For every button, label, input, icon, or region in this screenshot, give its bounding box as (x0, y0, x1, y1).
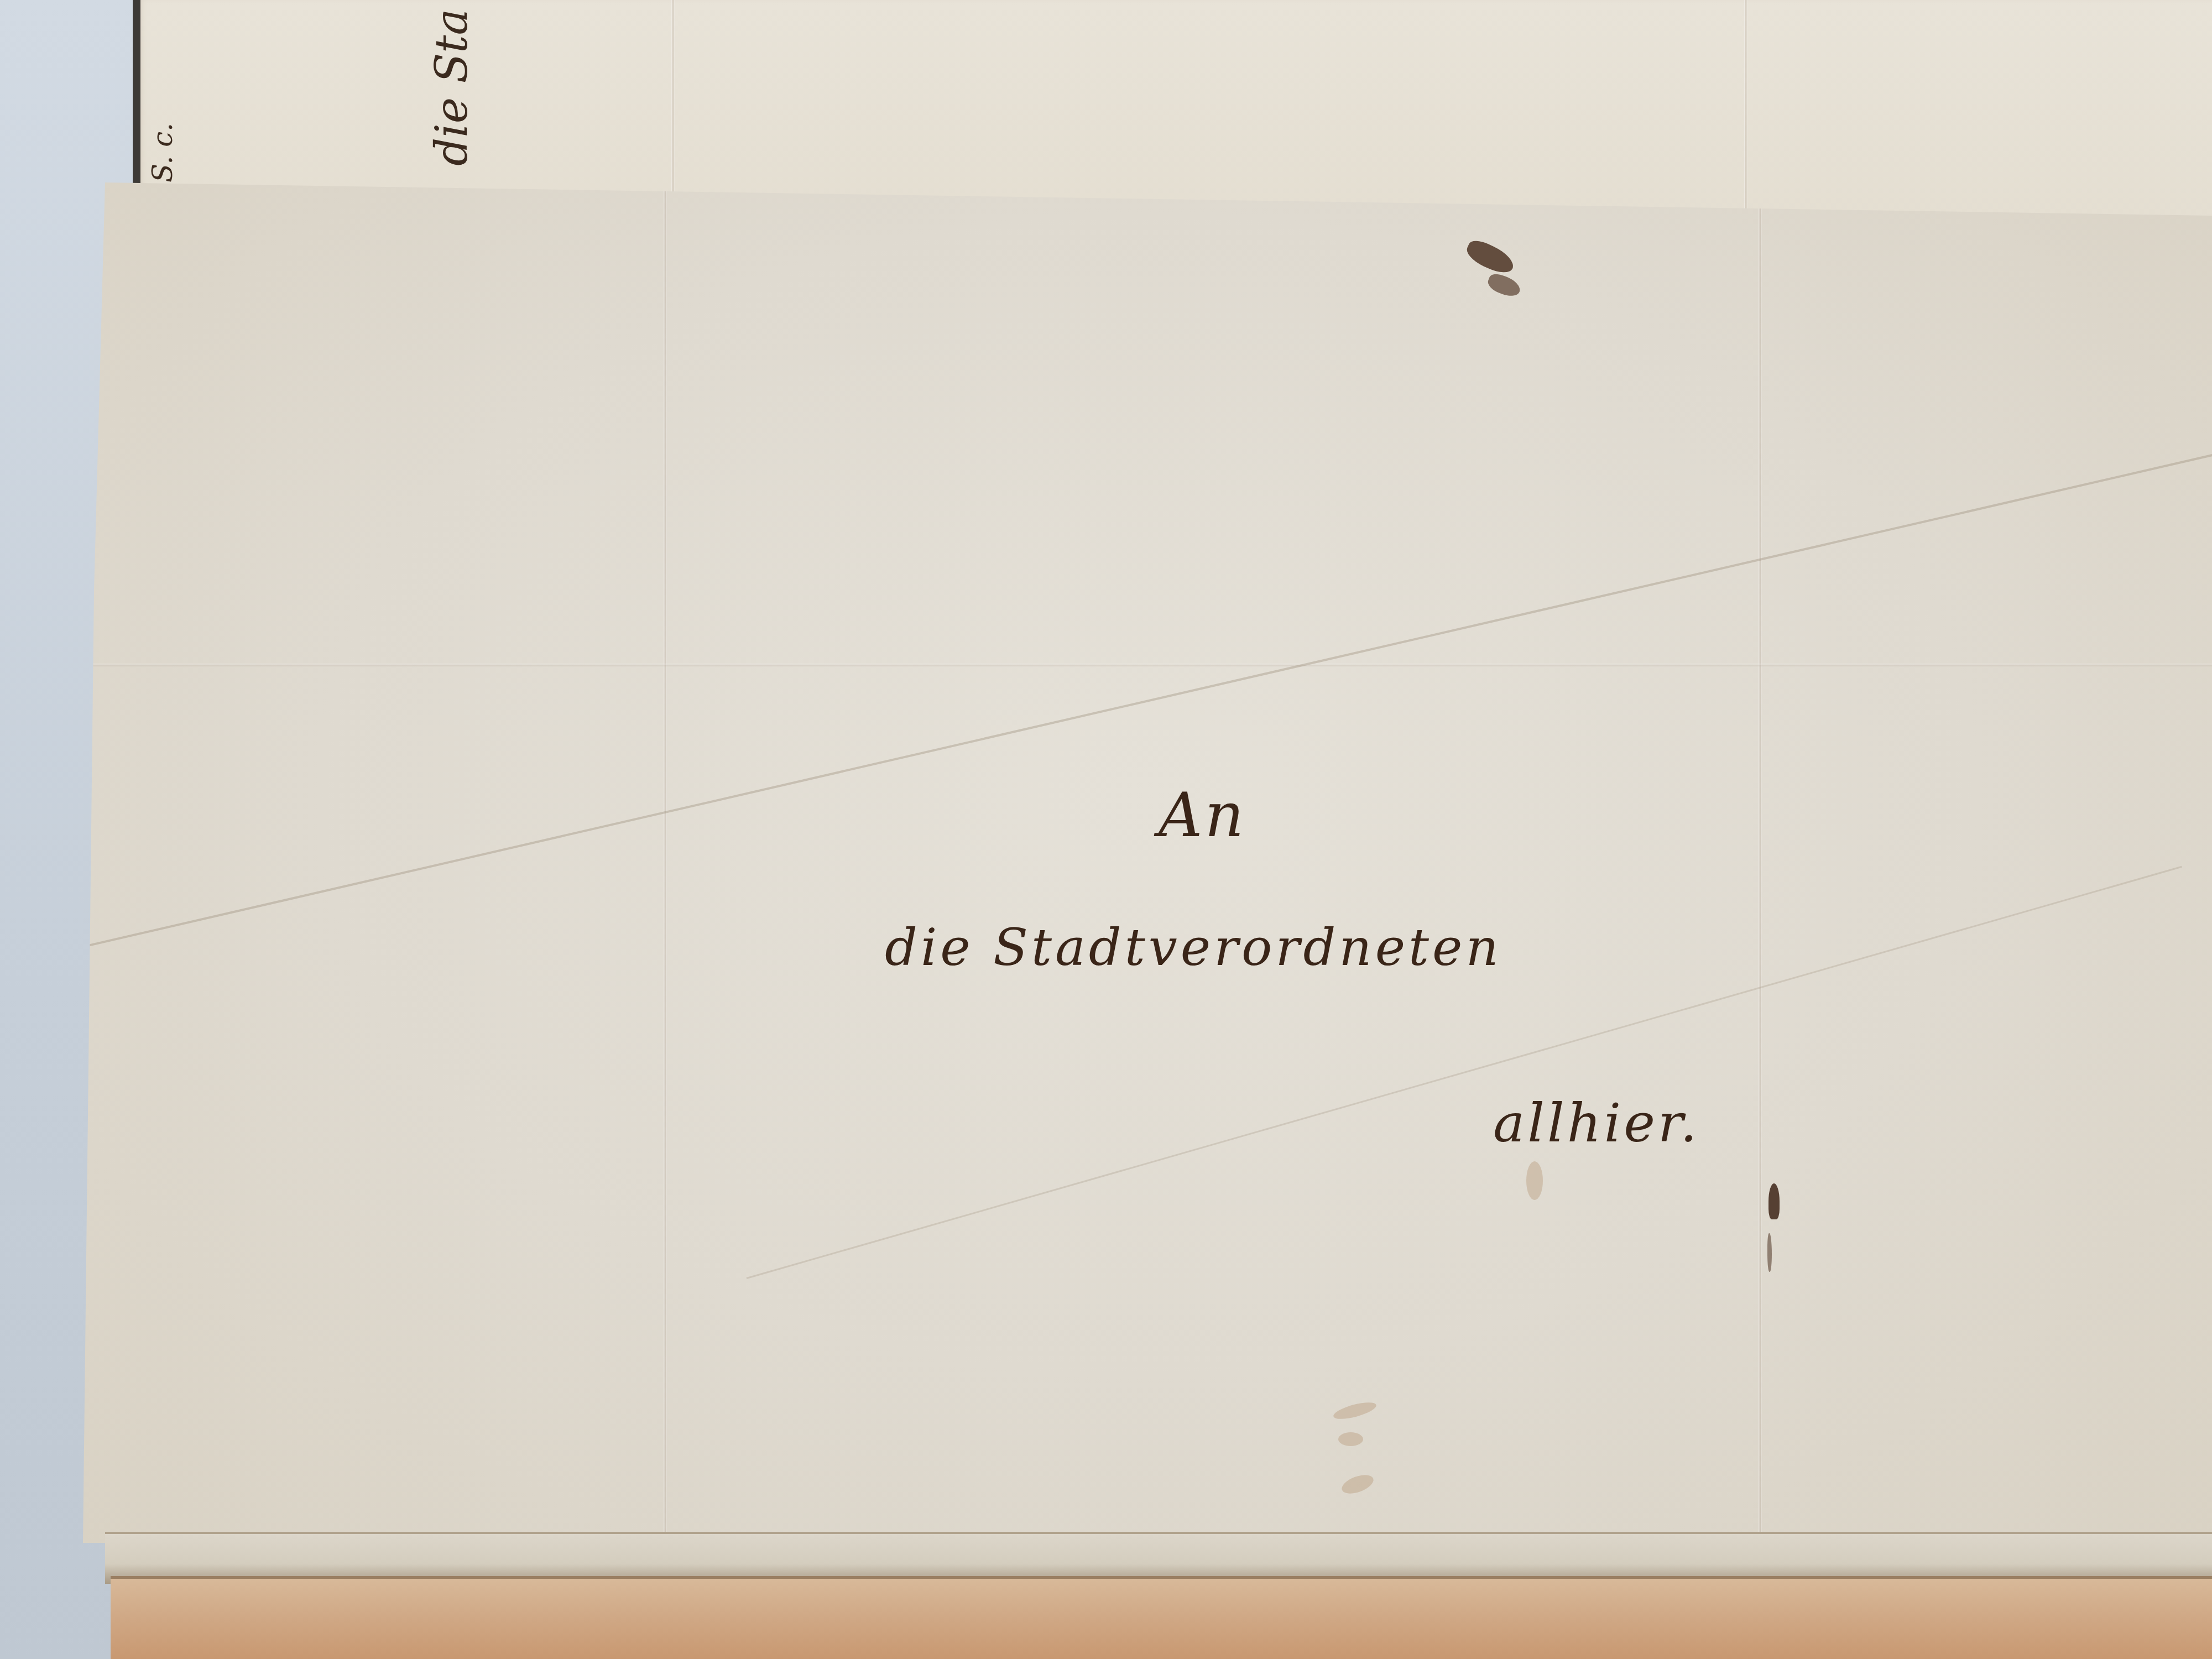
foxing-stain (1338, 1432, 1363, 1446)
ink-mark (1768, 1183, 1780, 1219)
address-recipient: die Stadtverordneten (885, 918, 1502, 977)
horizontal-fold-crease (83, 664, 2212, 666)
photo-scene: die Sta S. c. An die Stadtverordneten al… (0, 0, 2212, 1659)
address-place: allhier. (1493, 1092, 1700, 1154)
fold-line (1744, 0, 1747, 232)
lower-sheet-stained-edge (111, 1576, 2212, 1659)
address-line-an: An (1159, 780, 1246, 851)
back-sheet-handwriting: die Sta (426, 9, 477, 166)
back-sheet-margin-note: S. c. (147, 123, 179, 182)
foxing-stain (1526, 1161, 1543, 1200)
vertical-fold-crease (1759, 182, 1762, 1543)
address-salutation: An (1159, 780, 1246, 851)
diagonal-crease (83, 423, 2212, 948)
front-folded-sheet (83, 182, 2212, 1543)
vertical-fold-crease (664, 182, 667, 1543)
